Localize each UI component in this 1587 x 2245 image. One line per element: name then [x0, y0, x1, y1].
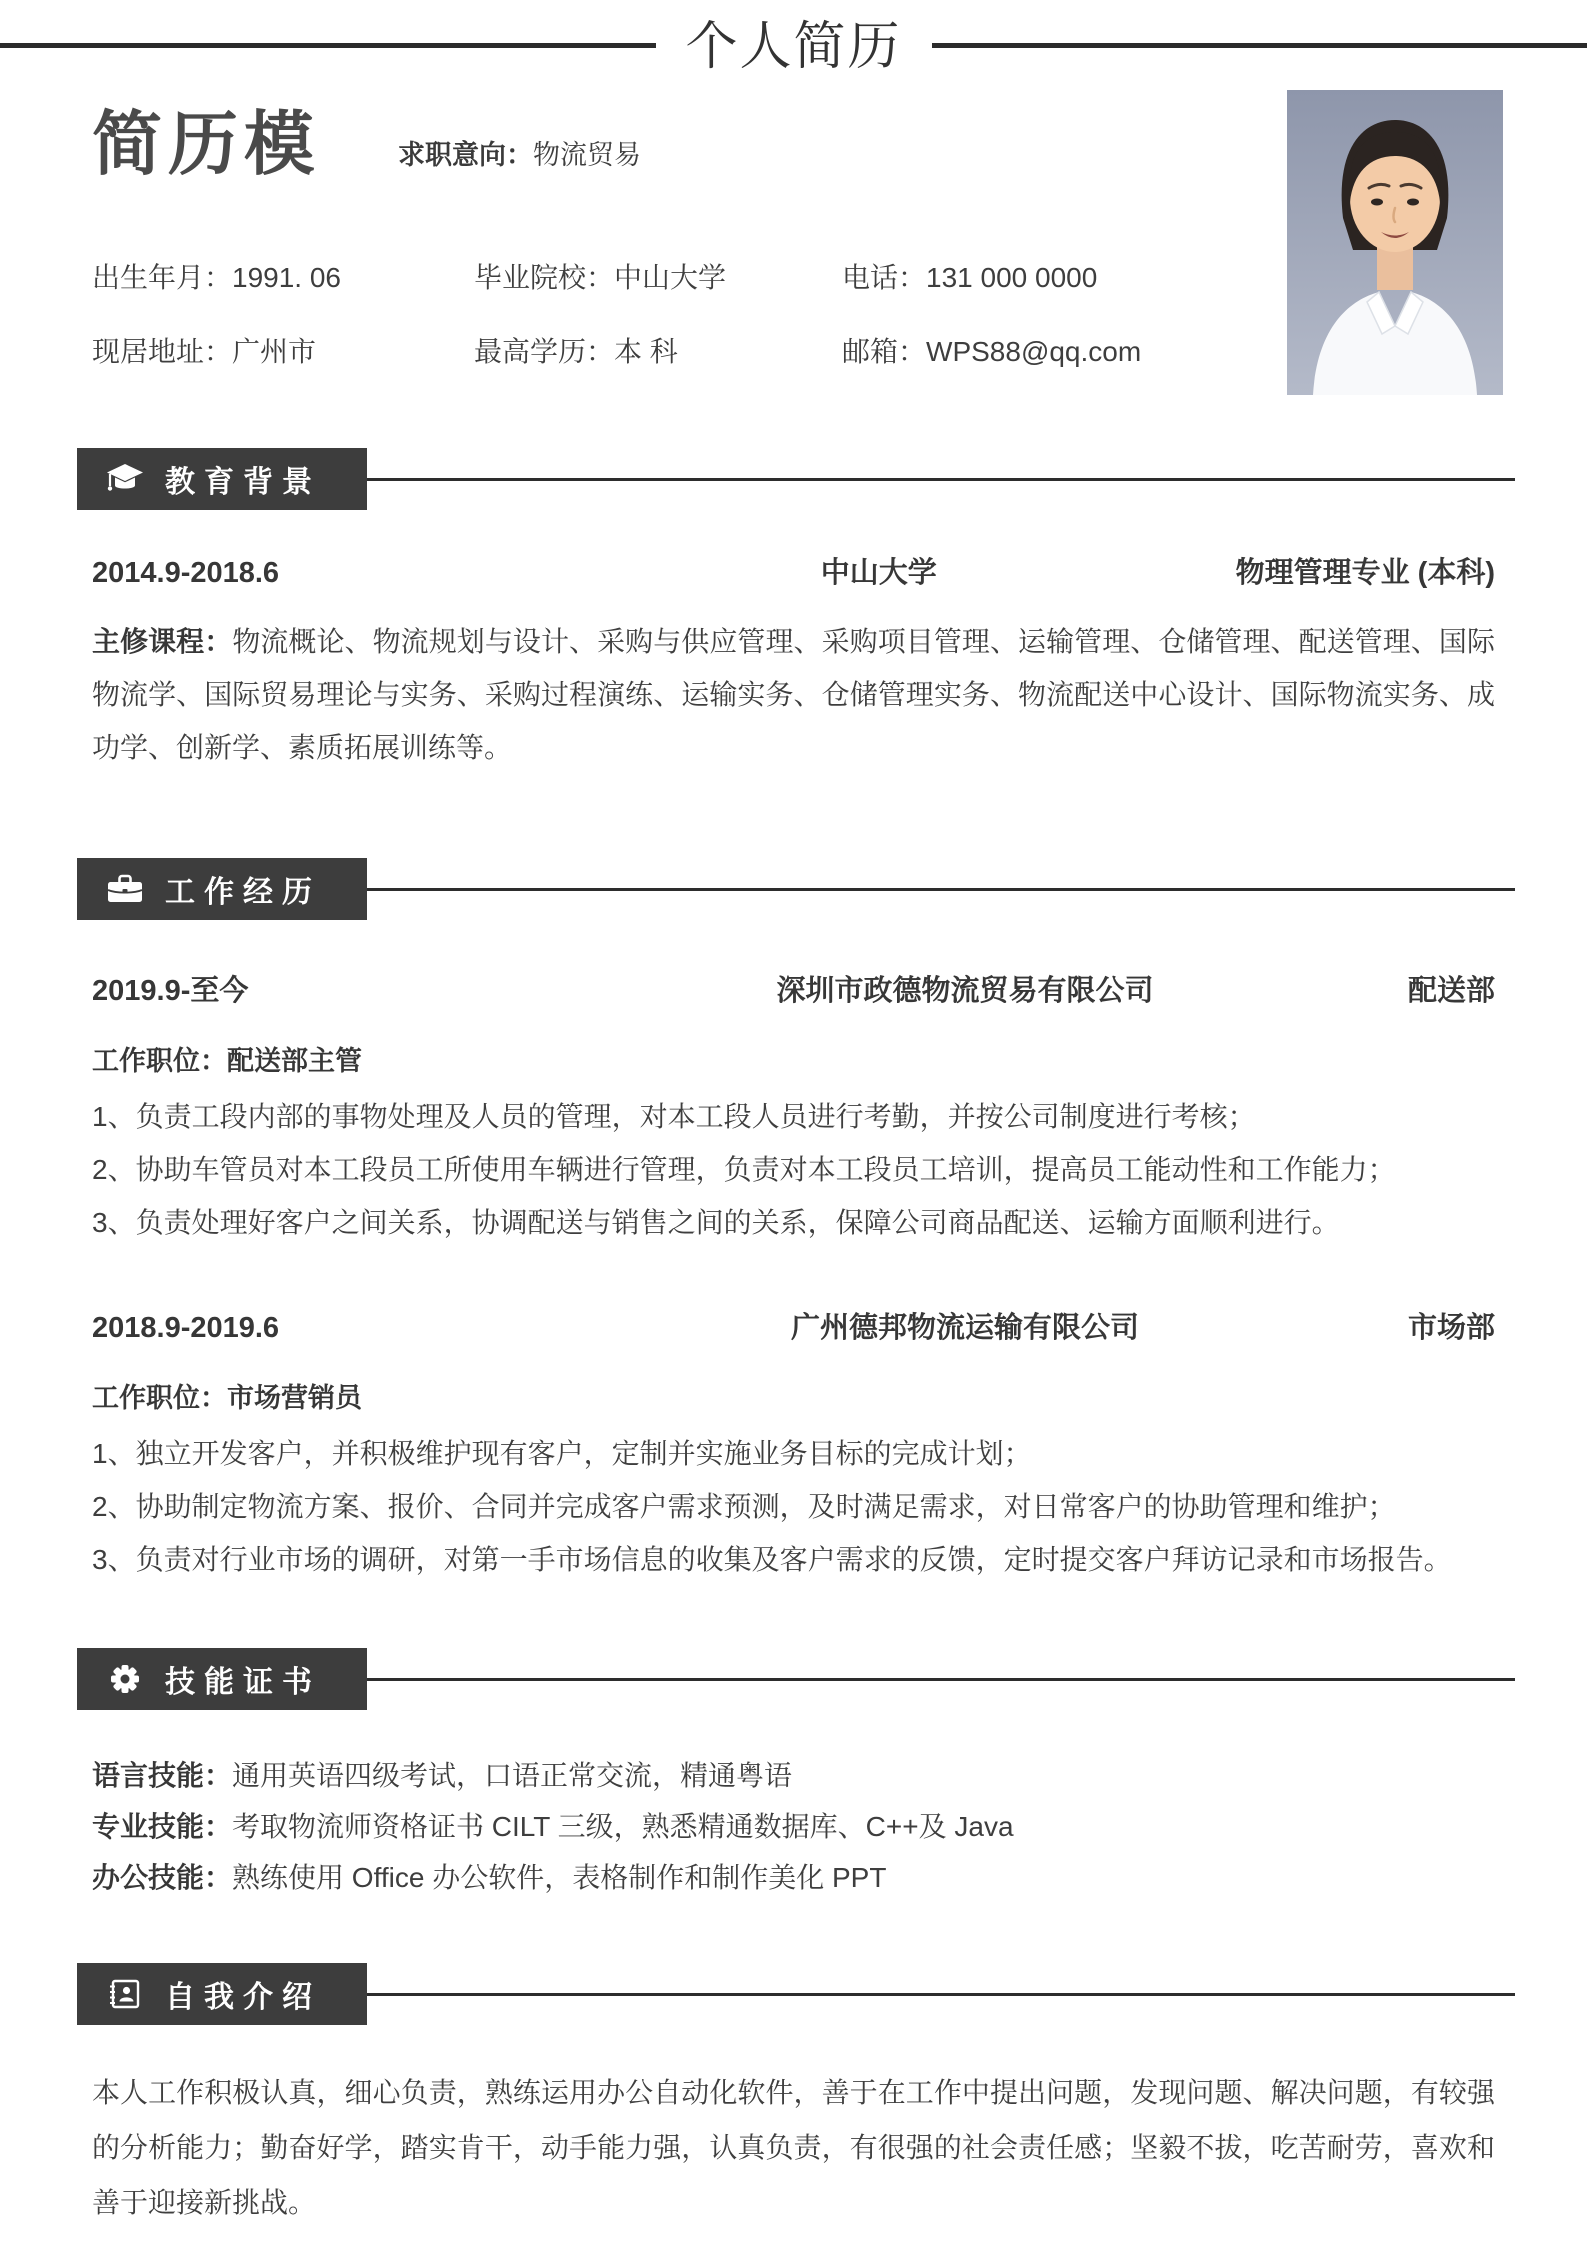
section-work-header: 工作经历 — [77, 858, 1515, 920]
candidate-name: 简历模 — [92, 102, 320, 186]
skill-office: 办公技能：熟练使用 Office 办公软件，表格制作和制作美化 PPT — [92, 1852, 1495, 1903]
job-period: 2019.9-至今 — [92, 968, 522, 1009]
work-title: 工作经历 — [165, 867, 321, 911]
section-education-header: 教育背景 — [77, 448, 1515, 510]
info-degree: 最高学历：本 科 — [474, 332, 842, 372]
skills-rule — [367, 1678, 1515, 1681]
job-intent-value: 物流贸易 — [533, 140, 641, 170]
id-photo — [1287, 90, 1503, 395]
info-address: 现居地址：广州市 — [92, 332, 474, 372]
intro-bar: 自我介绍 — [77, 1963, 367, 2025]
education-period: 2014.9-2018.6 — [92, 557, 522, 590]
skills-list: 语言技能：通用英语四级考试，口语正常交流，精通粤语 专业技能：考取物流师资格证书… — [92, 1750, 1495, 1903]
document-title-band: 个人简历 — [0, 0, 1587, 92]
duty-item: 3、负责对行业市场的调研，对第一手市场信息的收集及客户需求的反馈，定时提交客户拜… — [92, 1533, 1495, 1586]
job-row: 2019.9-至今 深圳市政德物流贸易有限公司 配送部 — [92, 968, 1495, 1009]
id-photo-illustration — [1287, 90, 1503, 395]
work-bar: 工作经历 — [77, 858, 367, 920]
job-department: 市场部 — [1408, 1305, 1495, 1346]
education-rule — [367, 478, 1515, 481]
info-birth: 出生年月：1991. 06 — [92, 258, 474, 298]
job-position: 工作职位：市场营销员 — [92, 1376, 1495, 1415]
briefcase-icon — [105, 872, 145, 906]
job-position: 工作职位：配送部主管 — [92, 1039, 1495, 1078]
duty-item: 1、负责工段内部的事物处理及人员的管理，对本工段人员进行考勤，并按公司制度进行考… — [92, 1090, 1495, 1143]
courses-label: 主修课程： — [92, 626, 232, 657]
courses-text: 物流概论、物流规划与设计、采购与供应管理、采购项目管理、运输管理、仓储管理、配送… — [92, 626, 1495, 763]
intro-rule — [367, 1993, 1515, 1996]
duty-item: 2、协助车管员对本工段员工所使用车辆进行管理，负责对本工段员工培训，提高员工能动… — [92, 1143, 1495, 1196]
info-school: 毕业院校：中山大学 — [474, 258, 842, 298]
section-skills-header: 技能证书 — [77, 1648, 1515, 1710]
section-intro-header: 自我介绍 — [77, 1963, 1515, 2025]
duty-item: 1、独立开发客户，并积极维护现有客户，定制并实施业务目标的完成计划； — [92, 1427, 1495, 1480]
contact-book-icon — [105, 1977, 145, 2011]
intro-title: 自我介绍 — [165, 1972, 321, 2016]
gear-icon — [105, 1662, 145, 1696]
job-period: 2018.9-2019.6 — [92, 1312, 522, 1345]
education-row: 2014.9-2018.6 中山大学 物理管理专业 (本科) — [92, 550, 1495, 591]
job-duties: 1、负责工段内部的事物处理及人员的管理，对本工段人员进行考勤，并按公司制度进行考… — [92, 1090, 1495, 1249]
job-company: 广州德邦物流运输有限公司 — [522, 1305, 1408, 1346]
education-school: 中山大学 — [522, 550, 1236, 591]
skill-language: 语言技能：通用英语四级考试，口语正常交流，精通粤语 — [92, 1750, 1495, 1801]
job-duties: 1、独立开发客户，并积极维护现有客户，定制并实施业务目标的完成计划； 2、协助制… — [92, 1427, 1495, 1586]
job-intent: 求职意向：物流贸易 — [398, 133, 641, 186]
resume-page: 个人简历 简历模 求职意向：物流贸易 出生年月：1991. 06 毕业院校：中山… — [0, 0, 1587, 2245]
education-major: 物理管理专业 (本科) — [1236, 550, 1495, 591]
education-bar: 教育背景 — [77, 448, 367, 510]
info-grid: 出生年月：1991. 06 毕业院校：中山大学 电话：131 000 0000 … — [92, 258, 1222, 372]
info-phone: 电话：131 000 0000 — [842, 258, 1222, 298]
duty-item: 3、负责处理好客户之间关系，协调配送与销售之间的关系，保障公司商品配送、运输方面… — [92, 1196, 1495, 1249]
job-company: 深圳市政德物流贸易有限公司 — [522, 968, 1408, 1009]
graduation-cap-icon — [105, 462, 145, 496]
education-title: 教育背景 — [165, 457, 321, 501]
education-courses: 主修课程：物流概论、物流规划与设计、采购与供应管理、采购项目管理、运输管理、仓储… — [92, 615, 1495, 774]
info-email: 邮箱：WPS88@qq.com — [842, 332, 1222, 372]
page-title: 个人简历 — [655, 4, 931, 79]
job-row: 2018.9-2019.6 广州德邦物流运输有限公司 市场部 — [92, 1305, 1495, 1346]
job-intent-label: 求职意向： — [398, 140, 533, 170]
work-rule — [367, 888, 1515, 891]
skills-title: 技能证书 — [165, 1657, 321, 1701]
skills-bar: 技能证书 — [77, 1648, 367, 1710]
intro-text: 本人工作积极认真，细心负责，熟练运用办公自动化软件，善于在工作中提出问题，发现问… — [92, 2065, 1495, 2230]
skill-professional: 专业技能：考取物流师资格证书 CILT 三级，熟悉精通数据库、C++及 Java — [92, 1801, 1495, 1852]
job-department: 配送部 — [1408, 968, 1495, 1009]
duty-item: 2、协助制定物流方案、报价、合同并完成客户需求预测，及时满足需求，对日常客户的协… — [92, 1480, 1495, 1533]
